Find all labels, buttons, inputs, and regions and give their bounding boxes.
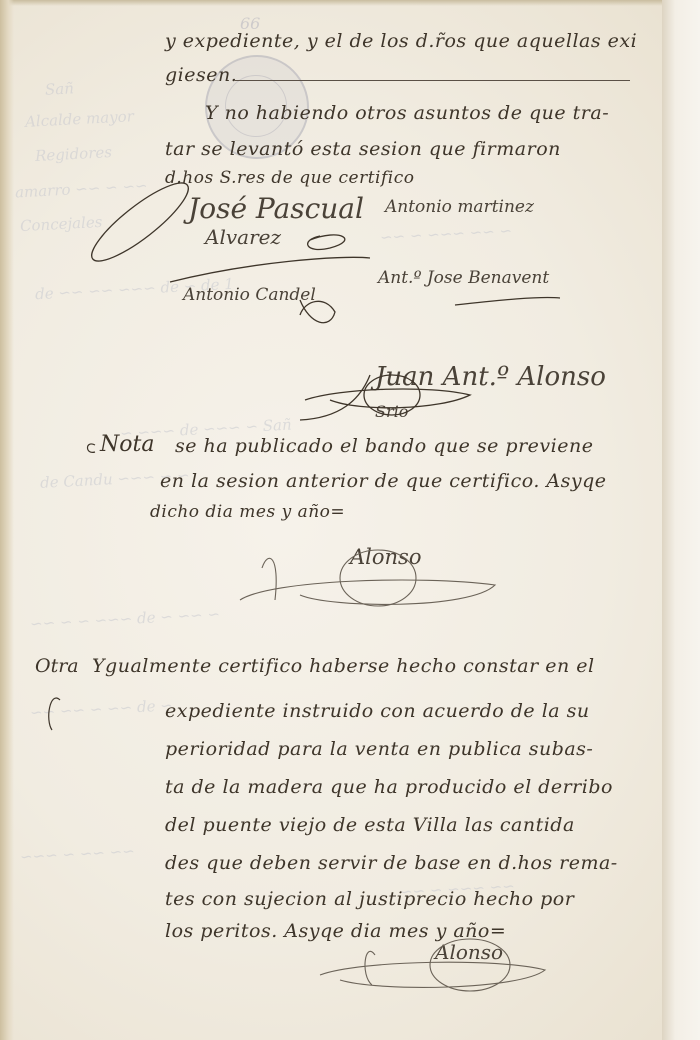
signature-secretary-title: Srio [375,402,408,421]
signature-juan-alonso: Juan Ant.º Alonso [375,362,606,392]
signature-antonio-candel: Antonio Candel [183,285,316,305]
text-line: d.hos S.res de que certifico [165,168,414,188]
bleed-through-text: ∽∽ ∽∽ ∽ ∽∽ de ∽ [30,696,174,721]
text-line: Ygualmente certifico haberse hecho const… [92,655,595,677]
text-line: Y no habiendo otros asuntos de que tra- [205,102,609,124]
text-line: expediente instruido con acuerdo de la s… [165,700,590,722]
bleed-through-text: amarro ∽∽ ∽ ∽∽ [15,177,148,202]
bleed-through-text: Sañ [45,79,75,98]
signature-jose-pascual-surname: Alvarez [205,225,281,249]
text-line: y expediente, y el de los d.r̃os que aqu… [165,30,637,52]
bleed-through-text: Alcalde mayor [25,107,135,131]
bleed-through-text: Regidores [35,143,113,165]
bleed-through-text: ∽∽∽ ∽ ∽∽ ∽∽ [20,842,136,866]
manuscript-page: Sañ Alcalde mayor Regidores amarro ∽∽ ∽ … [0,0,700,1040]
line-filler-rule [235,80,630,81]
signature-antonio-benavent: Ant.º Jose Benavent [378,268,549,288]
text-line: ta de la madera que ha producido el derr… [165,776,613,798]
text-line: tes con sujecion al justiprecio hecho po… [165,888,574,910]
text-line: tar se levantó esta sesion que firmaron [165,138,561,160]
page-top-edge [0,0,700,6]
text-line: perioridad para la venta en publica suba… [165,738,593,760]
margin-note: Nota [100,432,154,457]
signature-antonio-martinez: Antonio martinez [385,197,534,217]
text-line: en la sesion anterior de que certifico. … [160,470,607,492]
page-right-margin [662,0,700,1040]
signature-alonso: Alonso [350,545,421,569]
text-line: del puente viejo de esta Villa las canti… [165,814,575,836]
bleed-through-text: ∽∽ ∽ ∽ ∽∽∽ de ∽ ∽∽ ∽ [30,605,221,633]
page-binding-edge [0,0,14,1040]
margin-note: Otra [35,655,79,677]
text-line: los peritos. Asyqe dia mes y año= [165,920,506,942]
bleed-through-text: ∽∽ ∽ ∽∽∽ ∽∽ ∽ [380,222,513,247]
text-line: des que deben servir de base en d.hos re… [165,852,618,874]
text-line: dicho dia mes y año= [150,502,345,522]
text-line: se ha publicado el bando que se previene [175,435,593,457]
signature-alonso: Alonso [435,940,503,964]
bleed-through-text: Concejales [20,213,103,235]
text-line: giesen. [165,64,237,86]
signature-jose-pascual: José Pascual [188,192,364,225]
